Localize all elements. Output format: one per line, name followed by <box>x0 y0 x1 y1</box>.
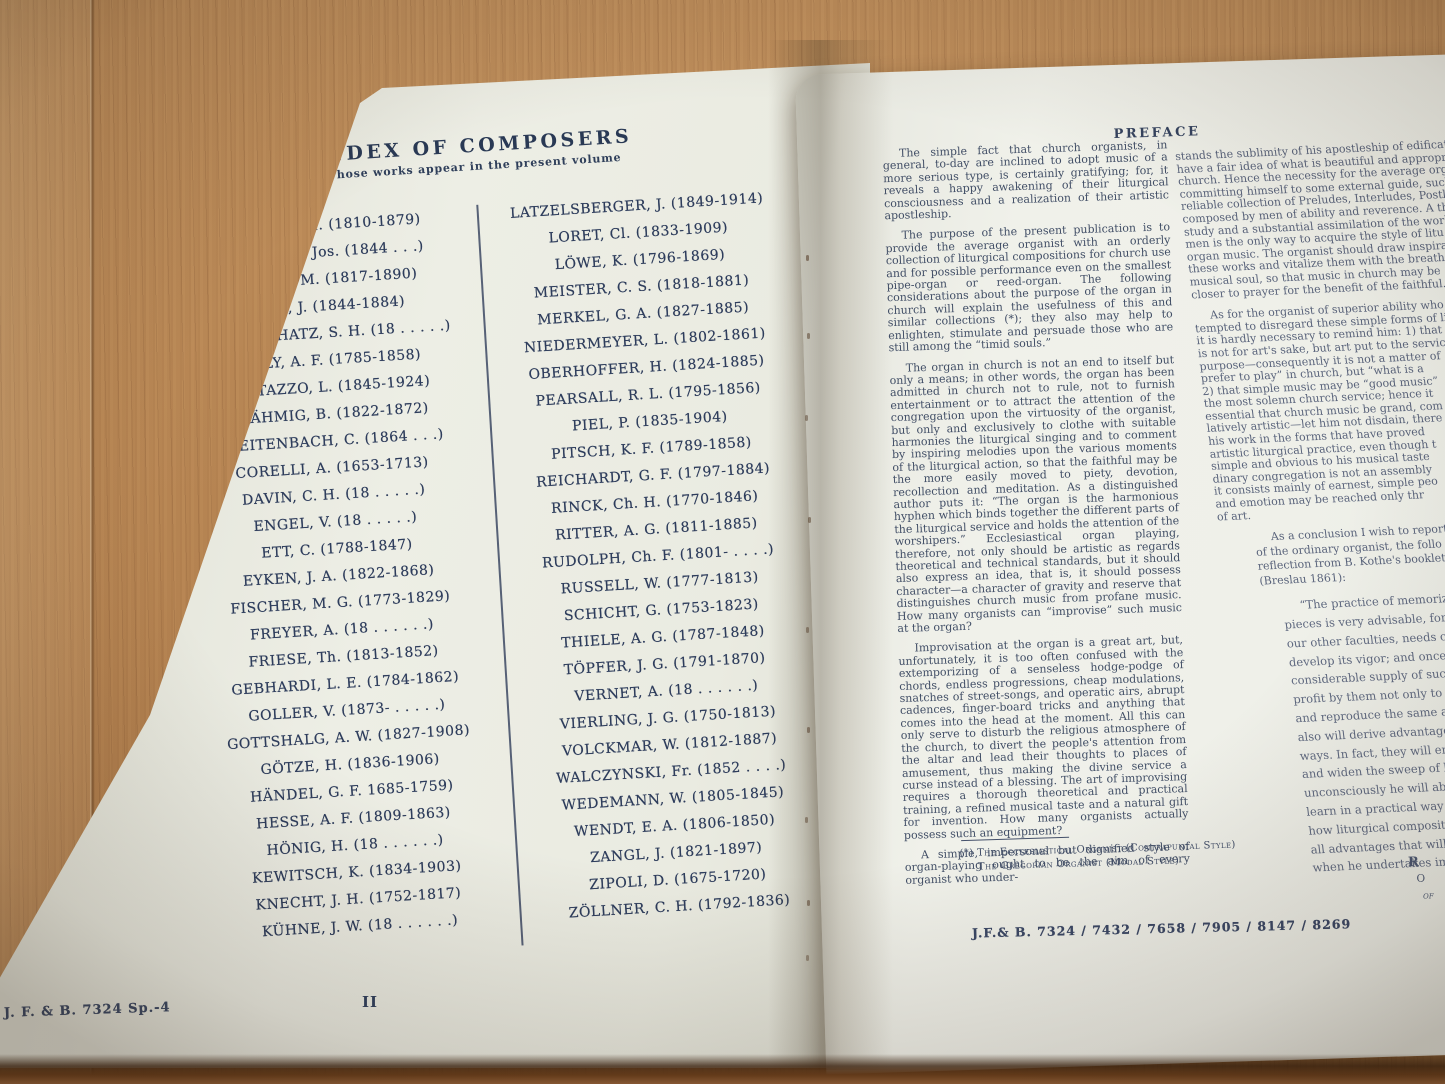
signature-line: of <box>1423 887 1434 904</box>
preface-paragraph: The purpose of the present publication i… <box>885 222 1174 355</box>
index-page: INDEX OF COMPOSERS whose works appear in… <box>0 55 870 1068</box>
preface-paragraph-fragment: “The practice of memorizingpieces is ver… <box>1281 580 1445 877</box>
preface-column-1: The simple fact that church organists, i… <box>882 139 1190 895</box>
preface-paragraph: The simple fact that church organists, i… <box>882 139 1169 222</box>
index-of-composers-block: INDEX OF COMPOSERS whose works appear in… <box>153 115 840 950</box>
composer-column-1: ANDING, J. M. (1810-1879)BERNARDS, Jos. … <box>157 203 521 950</box>
publisher-plate-number: J. F. & B. 7324 Sp.-4 <box>4 1000 171 1021</box>
preface-paragraph: Improvisation at the organ is a great ar… <box>898 635 1189 842</box>
signature-fragment-block: ROof <box>1408 853 1434 905</box>
page-number: II <box>362 993 378 1011</box>
preface-paragraph-fragment: As a conclusion I wish to reportof the o… <box>1254 514 1445 589</box>
preface-paragraph: The organ in church is not an end to its… <box>889 354 1182 636</box>
index-columns: ANDING, J. M. (1810-1879)BERNARDS, Jos. … <box>157 183 840 950</box>
preface-paragraph-fragment: As for the organist of superior ability … <box>1193 292 1445 524</box>
signature-line: R <box>1408 853 1433 871</box>
binding-stitches <box>806 255 809 261</box>
preface-column-2: stands the sublimity of his apostleship … <box>1175 132 1445 889</box>
composer-column-2: LATZELSBERGER, J. (1849-1914)LORET, Cl. … <box>476 183 840 930</box>
signature-line: O <box>1416 870 1433 888</box>
preface-page: PREFACE The simple fact that church orga… <box>795 53 1445 1074</box>
plate-numbers-line: J.F.& B. 7324 / 7432 / 7658 / 7905 / 814… <box>972 916 1352 940</box>
preface-paragraph-fragment: stands the sublimity of his apostleship … <box>1175 132 1445 302</box>
